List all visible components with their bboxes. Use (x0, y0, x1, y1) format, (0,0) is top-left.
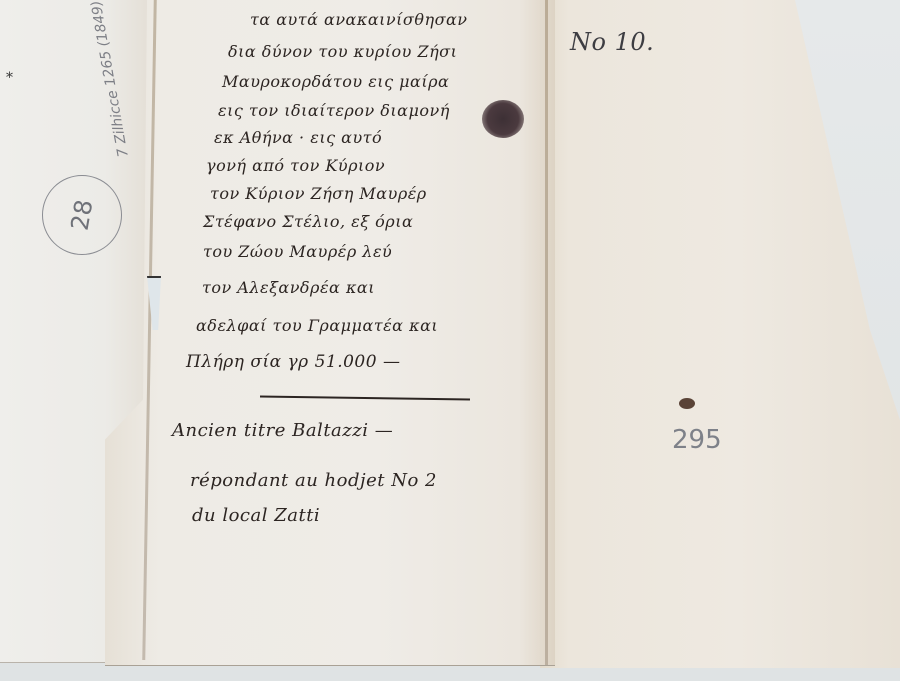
greek-line-8: Στέφανο Στέλιο, εξ όρια (203, 212, 413, 231)
french-line-3: du local Zatti (192, 505, 320, 526)
greek-line-4: εις τον ιδιαίτερον διαμονή (218, 101, 450, 120)
document-number: No 10. (570, 28, 654, 56)
greek-line-9: του Ζώου Μαυρέρ λεύ (203, 242, 392, 261)
greek-line-6: γονή από τον Κύριον (206, 156, 385, 175)
greek-line-2: δια δύνον του κυρίου Ζήσι (228, 42, 457, 61)
circled-number: 28 (42, 175, 122, 255)
french-line-1: Ancien titre Baltazzi — (172, 420, 393, 441)
pencil-page-number: 295 (672, 425, 722, 455)
greek-line-11: αδελφαί του Γραμματέα και (196, 316, 438, 335)
greek-line-10: τον Αλεξανδρέα και (202, 278, 375, 297)
brown-stain (679, 398, 695, 409)
french-line-2: répondant au hodjet No 2 (190, 470, 437, 491)
circled-number-text: 28 (37, 170, 127, 260)
greek-line-5: εκ Αθήνα · εις αυτό (214, 128, 382, 147)
ink-blot (482, 100, 524, 138)
greek-line-3: Μαυροκορδάτου εις μαίρα (222, 72, 449, 91)
greek-line-1: τα αυτά ανακαινίσθησαν (250, 10, 468, 29)
greek-line-12-total: Πλήρη σία γρ 51.000 — (186, 352, 400, 372)
mark-glyph: * (6, 70, 13, 86)
greek-line-7: τον Κύριον Ζήση Μαυρέρ (210, 184, 427, 203)
right-fold-crease (545, 0, 548, 665)
